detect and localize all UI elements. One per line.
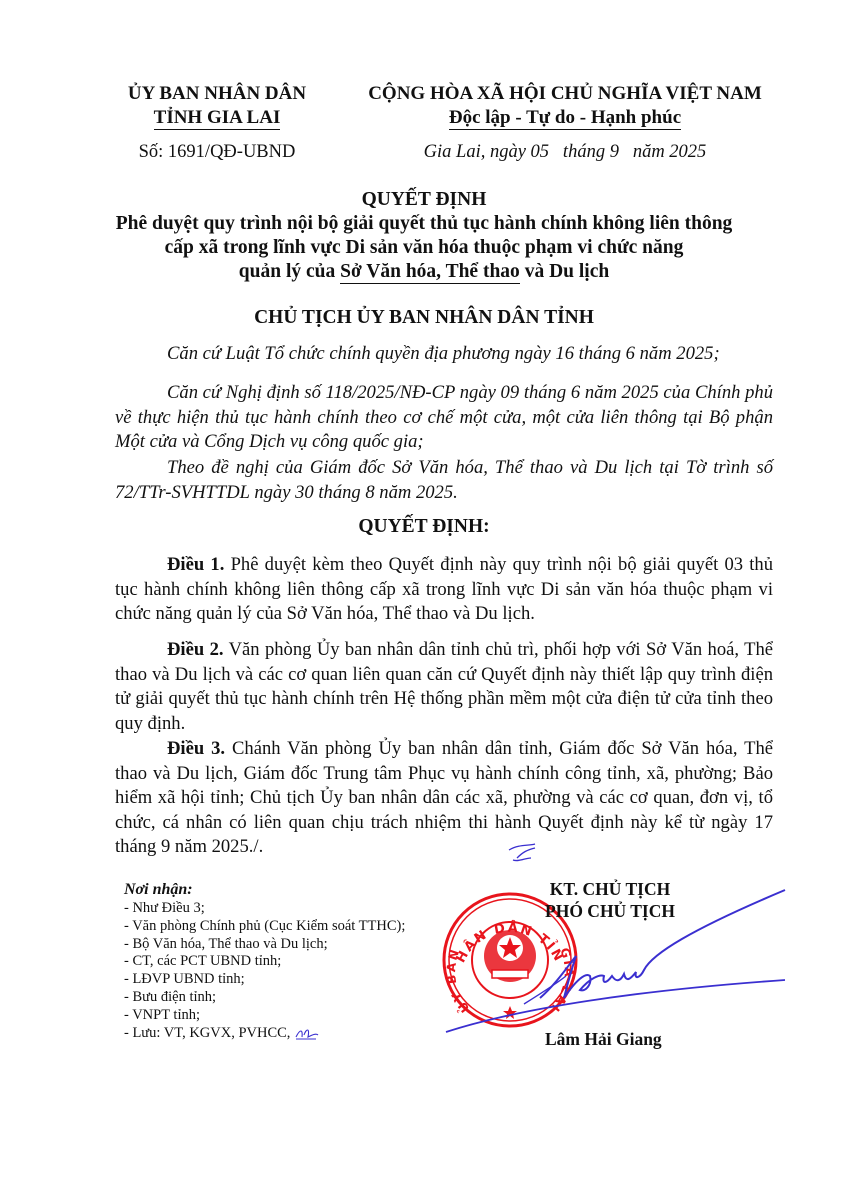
article-1: Điều 1. Phê duyệt kèm theo Quyết định nà… [115,553,773,627]
legal-basis-3: Theo đề nghị của Giám đốc Sở Văn hóa, Th… [115,456,773,505]
recipient-item: - Lưu: VT, KGVX, PVHCC, [124,1025,405,1043]
legal-basis-1: Căn cứ Luật Tổ chức chính quyền địa phươ… [115,342,773,367]
issuing-authority: CHỦ TỊCH ỦY BAN NHÂN DÂN TỈNH [0,306,848,330]
title-underlined-agency: Sở Văn hóa, Thể thao [340,262,520,284]
initial-mark-icon [294,1025,320,1041]
document-title: QUYẾT ĐỊNH Phê duyệt quy trình nội bộ gi… [0,188,848,284]
issuer-block: ỦY BAN NHÂN DÂN TỈNH GIA LAI Số: 1691/QĐ… [112,82,322,164]
recipient-item: - LĐVP UBND tỉnh; [124,971,405,989]
legal-basis-2: Căn cứ Nghị định số 118/2025/NĐ-CP ngày … [115,381,773,455]
place-date: Gia Lai, ngày 05 tháng 9 năm 2025 [345,141,785,164]
title-subject-line1: Phê duyệt quy trình nội bộ giải quyết th… [0,212,848,236]
decision-heading: QUYẾT ĐỊNH: [0,515,848,539]
handwritten-signature-icon [440,880,800,1040]
document-number: Số: 1691/QĐ-UBND [112,141,322,164]
recipient-item: - VNPT tỉnh; [124,1007,405,1025]
recipient-item: - Như Điều 3; [124,900,405,918]
recipients-heading: Nơi nhận: [124,880,405,900]
national-header: CỘNG HÒA XÃ HỘI CHỦ NGHĨA VIỆT NAM Độc l… [345,82,785,164]
title-subject-line3: quản lý của Sở Văn hóa, Thể thao và Du l… [0,260,848,284]
recipient-item: - Bộ Văn hóa, Thể thao và Du lịch; [124,936,405,954]
article-2: Điều 2. Văn phòng Ủy ban nhân dân tỉnh c… [115,638,773,736]
country-name: CỘNG HÒA XÃ HỘI CHỦ NGHĨA VIỆT NAM [345,82,785,106]
national-motto: Độc lập - Tự do - Hạnh phúc [449,107,681,130]
signer-name: Lâm Hải Giang [545,1028,662,1050]
article-label: Điều 3. [167,738,225,759]
initial-mark-icon [505,842,545,864]
title-heading: QUYẾT ĐỊNH [0,188,848,212]
title-subject-line2: cấp xã trong lĩnh vực Di sản văn hóa thu… [0,236,848,260]
article-label: Điều 1. [167,554,224,575]
recipient-item: - CT, các PCT UBND tỉnh; [124,953,405,971]
recipient-item: - Văn phòng Chính phủ (Cục Kiểm soát TTH… [124,918,405,936]
recipients-block: Nơi nhận: - Như Điều 3; - Văn phòng Chín… [124,880,405,1042]
article-label: Điều 2. [167,639,224,660]
issuer-org: ỦY BAN NHÂN DÂN [112,82,322,106]
article-3: Điều 3. Chánh Văn phòng Ủy ban nhân dân … [115,737,773,860]
issuer-province: TỈNH GIA LAI [154,107,281,130]
recipient-item: - Bưu điện tỉnh; [124,989,405,1007]
